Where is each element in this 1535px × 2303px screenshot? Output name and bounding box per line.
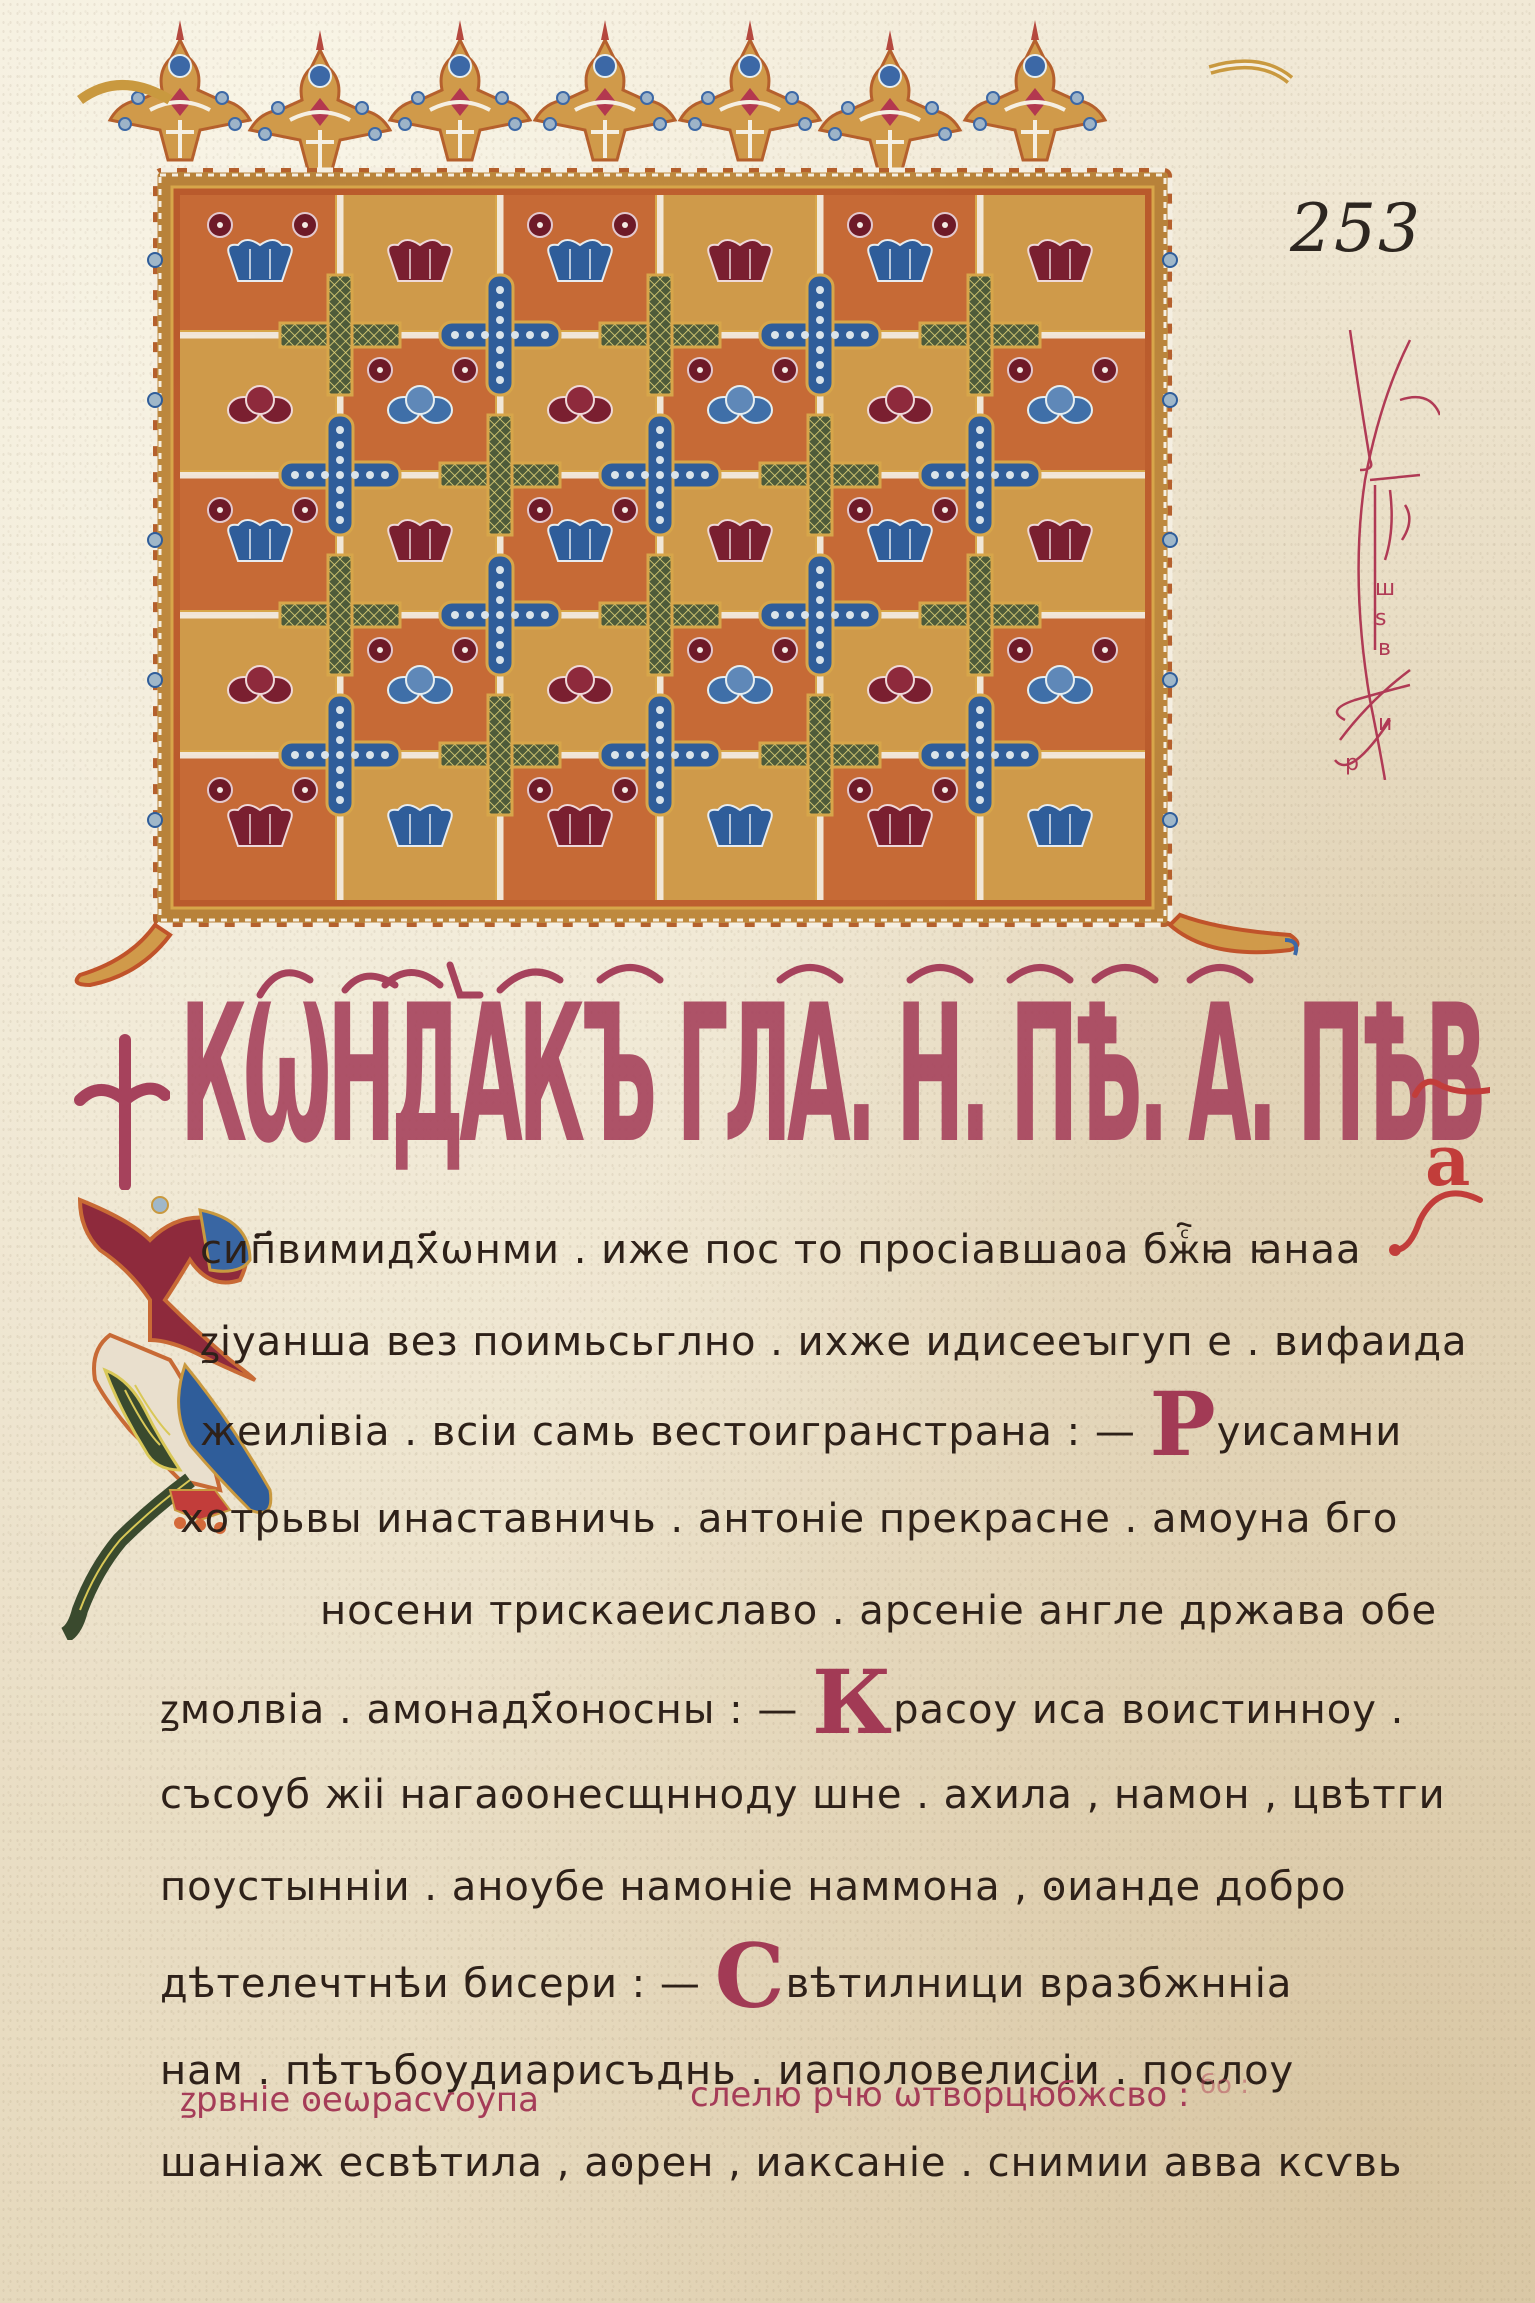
- text-line-9: дѣтелечтнѣи бисери : — Свѣтилници вразбж…: [160, 1956, 1292, 2007]
- text-line-9-main: дѣтелечтнѣи бисери :: [160, 1961, 646, 2007]
- margin-note-cipher: ш ѕ в и р: [1330, 320, 1440, 780]
- text-line-6-main: ꙁмолвіа . амонадх҃оносны :: [160, 1687, 744, 1733]
- catchword: бо :: [1200, 2070, 1249, 2100]
- text-line-6: ꙁмолвіа . амонадх҃оносны : — Красоу иса …: [160, 1680, 1404, 1735]
- title-text: КѠНДАКЪ ГЛА. Н. ПѢ. А. ПѢВ: [180, 980, 1483, 1170]
- illuminated-headpiece: [60, 0, 1320, 990]
- text-line-5: носени трискаеиславо . арсеніе англе држ…: [320, 1588, 1437, 1634]
- footer-note-right: слелю рчю ѡтворцюбжсво :: [690, 2075, 1189, 2115]
- svg-text:и: и: [1378, 711, 1392, 736]
- text-line-3-main: жеилівіа . всіи самь вестоигранстрана :: [200, 1409, 1081, 1455]
- text-line-7: съсоуб жіі нагаꙩонесщнноду шне . ахила ,…: [160, 1772, 1446, 1818]
- text-line-4: хотрьвы инаставничь . антоніе прекрасне …: [180, 1496, 1398, 1542]
- text-line-1: сип҃вимидх҃ѡнми . иже пос то просіавшаᲂа…: [200, 1220, 1361, 1275]
- text-line-3: жеилівіа . всіи самь вестоигранстрана : …: [200, 1404, 1402, 1455]
- manuscript-page: 253 ш ѕ в и р: [0, 0, 1535, 2303]
- text-line-9-tail: вѣтилници вразбжнніа: [786, 1961, 1293, 2007]
- rubric-separator: —: [1095, 1409, 1136, 1455]
- svg-text:а: а: [1425, 1119, 1470, 1202]
- footer-note-left: ꙁрвніе ꙩеѡрасѵоупа: [180, 2075, 539, 2121]
- text-line-8: поустынніи . аноубе намоніе наммона , ꙩи…: [160, 1864, 1347, 1910]
- text-line-2: ꙁіуанша вез поимьсьглно . ихже идисееꙑгу…: [200, 1312, 1468, 1367]
- rubric-initial-s: С: [715, 1924, 786, 2028]
- svg-text:в: в: [1378, 636, 1391, 661]
- svg-text:ш: ш: [1375, 576, 1395, 601]
- svg-text:ѕ: ѕ: [1375, 606, 1386, 631]
- rubric-initial-r: Р: [1150, 1372, 1217, 1476]
- rubric-separator: —: [660, 1961, 701, 2007]
- margin-mark-title: а: [1380, 1050, 1490, 1270]
- chapter-title: КѠНДАКЪ ГЛА. Н. ПѢ. А. ПѢВ: [70, 960, 1270, 1190]
- rubric-separator: —: [757, 1687, 798, 1733]
- title-cross-icon: [70, 1030, 170, 1190]
- rubric-initial-k: К: [812, 1650, 893, 1754]
- text-line-3-tail: уисамни: [1217, 1409, 1403, 1455]
- text-line-6-tail: расоу иса воистинноу .: [893, 1687, 1404, 1733]
- text-line-11: шаніаж есвѣтила , аꙩрен , иаксаніе . сни…: [160, 2140, 1403, 2186]
- svg-text:р: р: [1345, 751, 1359, 776]
- folio-number: 253: [1290, 190, 1422, 267]
